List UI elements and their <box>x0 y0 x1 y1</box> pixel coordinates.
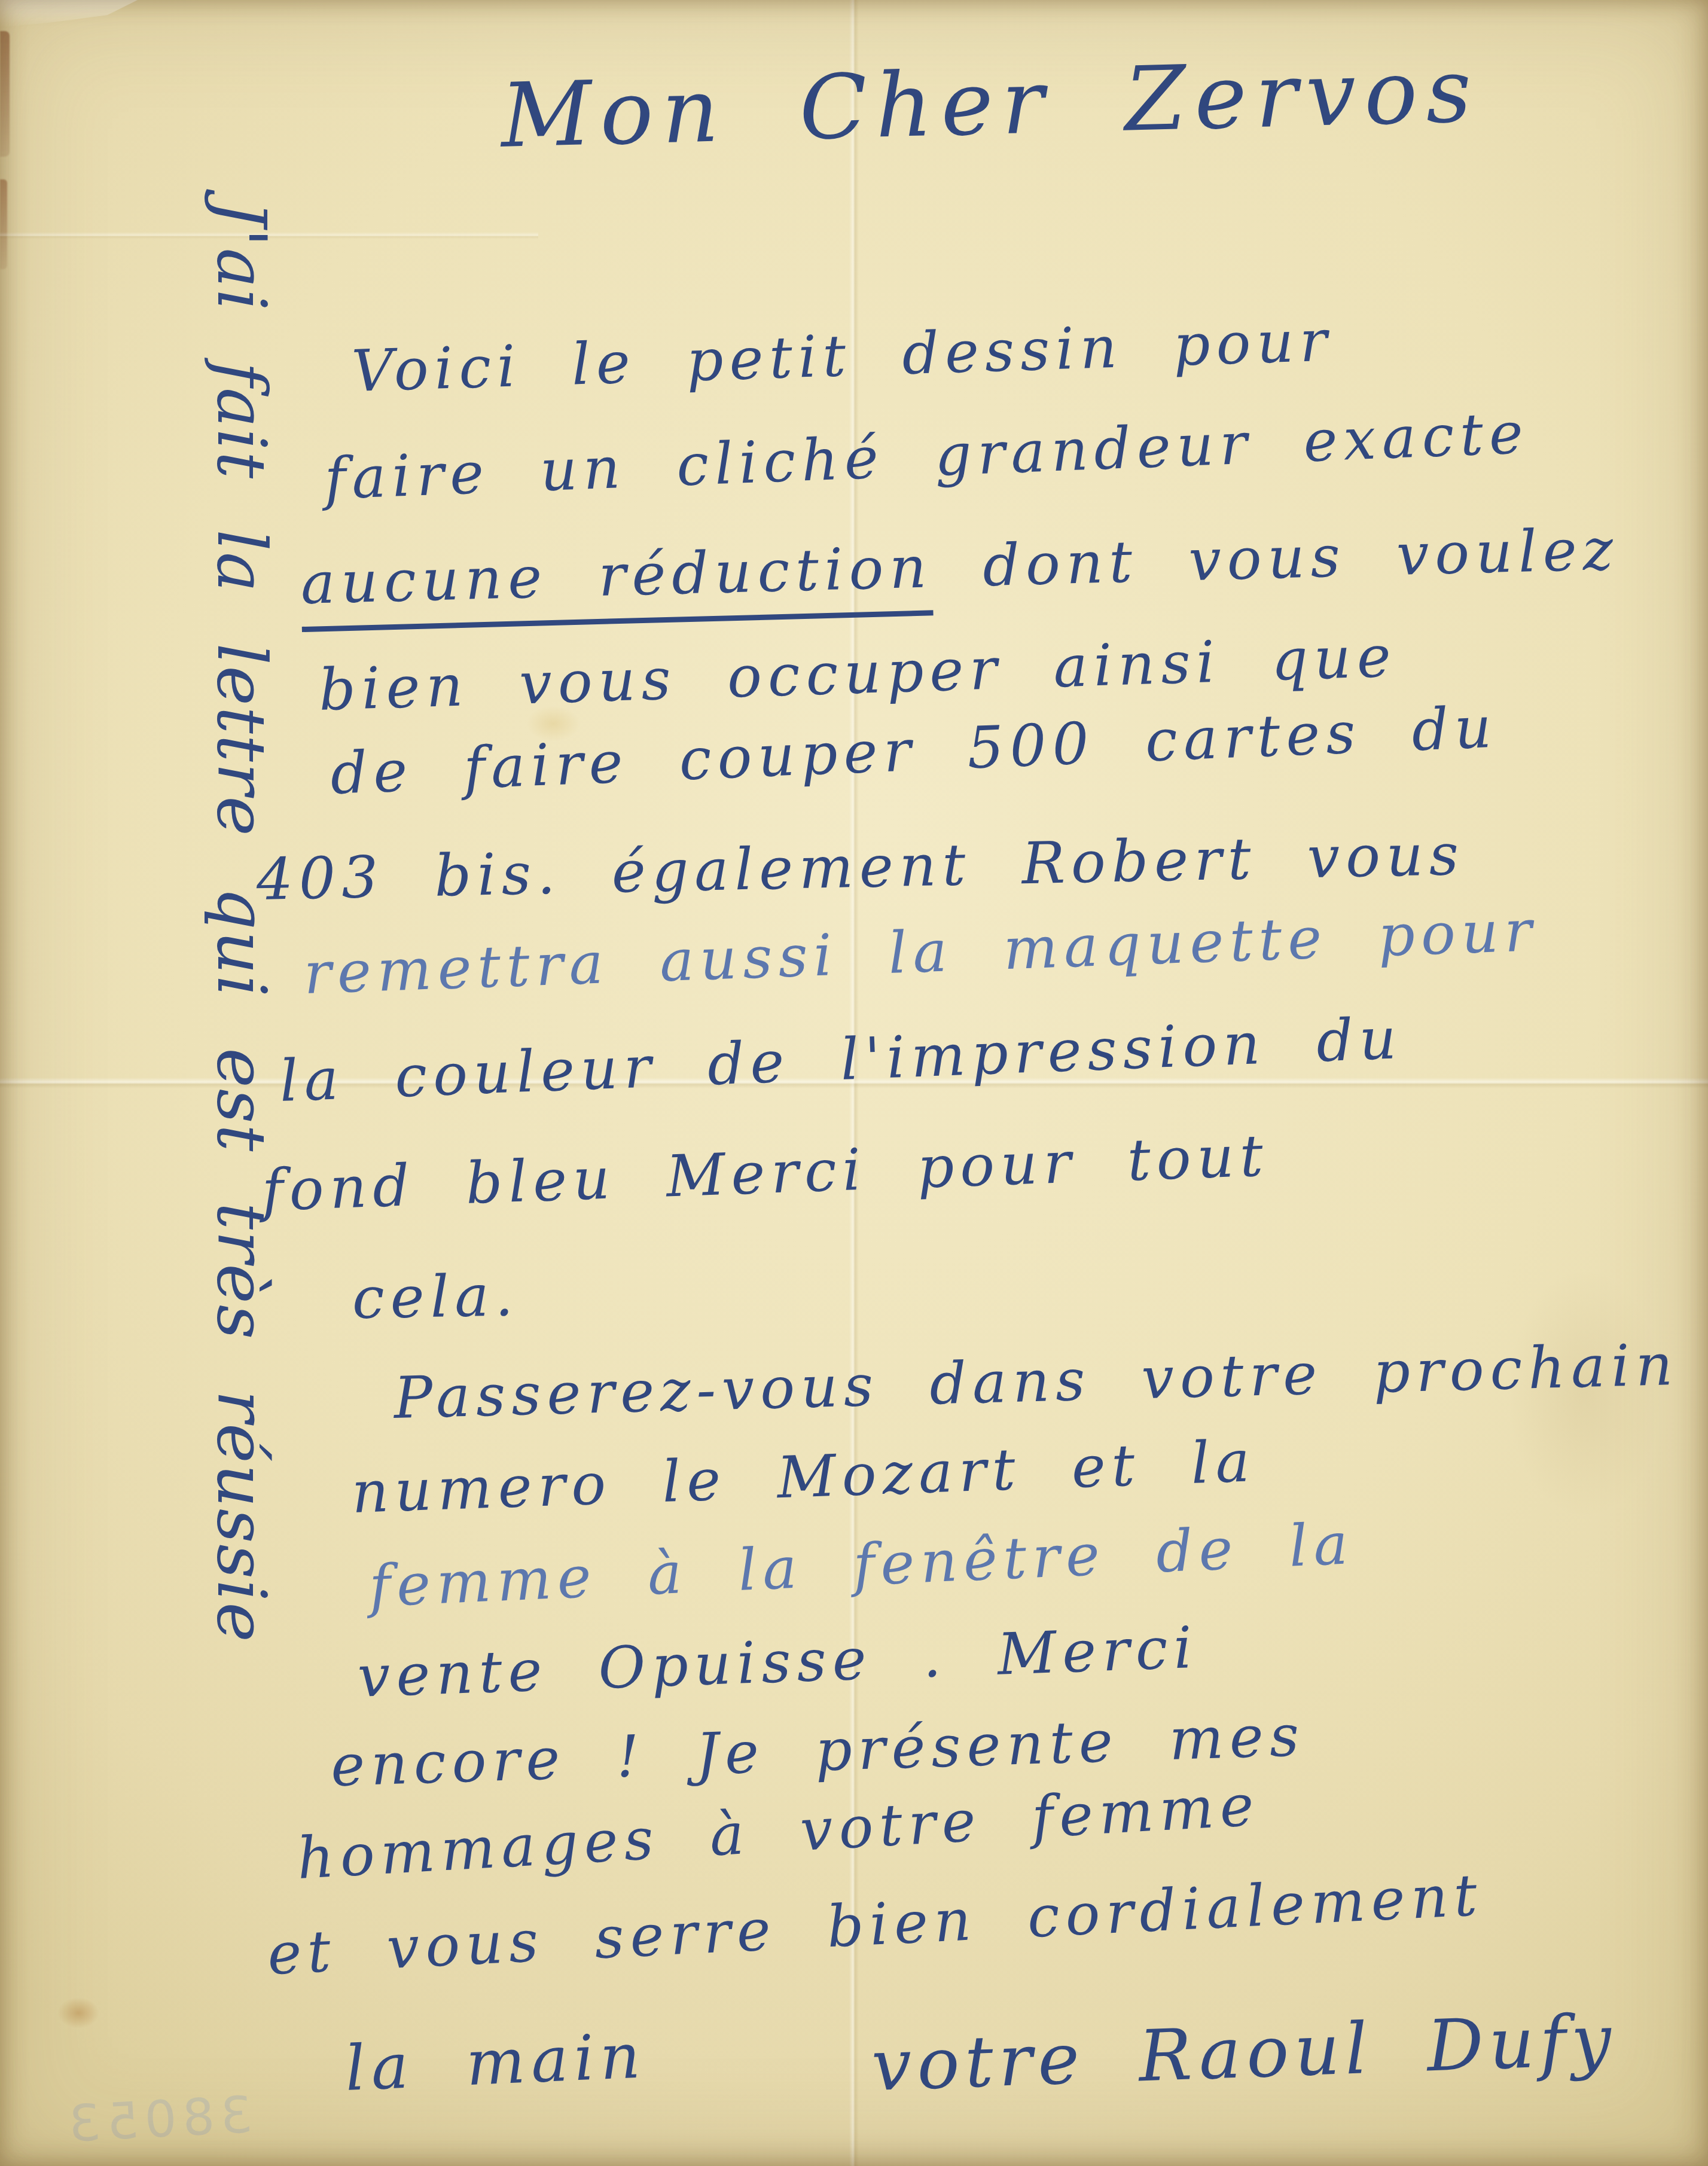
letter-line: numero le Mozart et la <box>350 1427 1256 1526</box>
letter-line: la couleur de l'impression du <box>279 1005 1404 1115</box>
paper-stain <box>57 1997 99 2028</box>
letter-line: 403 bis. également Robert vous <box>256 821 1465 913</box>
letter-line: vente Opuisse . Merci <box>356 1614 1199 1710</box>
paper-edge-mark <box>0 31 10 157</box>
showthrough-number: 38053 <box>62 2085 254 2153</box>
margin-note: J'ai fait la lettre qui est très réussie <box>196 200 286 1643</box>
paper-tear-top-left <box>0 0 138 28</box>
paper-edge-mark <box>0 179 7 269</box>
letter-line: fond bleu Merci pour tout <box>261 1122 1270 1224</box>
letter-line: femme à la fenêtre de la <box>368 1510 1355 1620</box>
underlined-phrase: aucune réduction <box>300 533 934 632</box>
letter-salutation: Mon Cher Zervos <box>499 39 1481 167</box>
letter-line: cela. <box>352 1262 520 1332</box>
closing-phrase: la main <box>344 2019 648 2105</box>
letter-line: aucune réduction dont vous voulez <box>300 515 1620 632</box>
letter-line: faire un cliché grandeur exacte <box>324 399 1530 512</box>
letter-line: remettra aussi la maquette pour <box>303 897 1539 1007</box>
letter-page: Mon Cher Zervos Voici le petit dessin po… <box>0 0 1708 2166</box>
letter-line: Voici le petit dessin pour <box>350 307 1334 405</box>
letter-line-rest: dont vous voulez <box>982 515 1619 599</box>
letter-line: Passerez-vous dans votre prochain <box>393 1331 1679 1432</box>
signature: votre Raoul Dufy <box>870 1999 1618 2107</box>
